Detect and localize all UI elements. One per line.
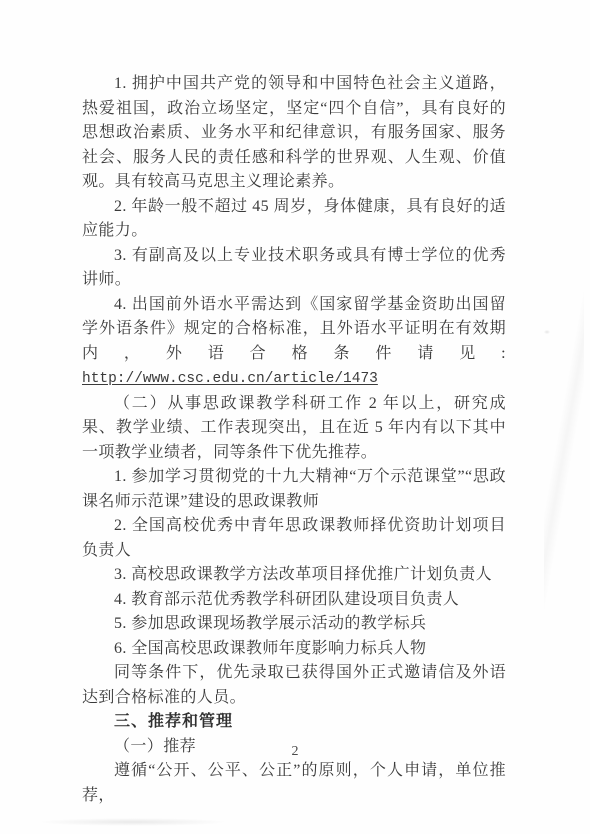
paragraph-recommend-text: 遵循“公开、公平、公正”的原则，个人申请，单位推荐， xyxy=(82,759,506,808)
condition-4-text: 4. 出国前外语水平需达到《国家留学基金资助出国留学外语条件》规定的合格标准，且… xyxy=(82,296,506,362)
paragraph-priority-note: 同等条件下，优先录取已获得国外正式邀请信及外语达到合格标准的人员。 xyxy=(82,661,506,710)
scan-artifact xyxy=(38,818,228,826)
achievement-item-4: 4. 教育部示范优秀教学科研团队建设项目负责人 xyxy=(82,588,506,613)
achievement-item-2: 2. 全国高校优秀中青年思政课教师择优资助计划项目负责人 xyxy=(82,514,506,563)
achievement-item-5: 5. 参加思政课现场教学展示活动的教学标兵 xyxy=(82,612,506,637)
scan-artifact xyxy=(544,330,550,334)
document-page: 1. 拥护中国共产党的领导和中国特色社会主义道路，热爱祖国，政治立场坚定，坚定“… xyxy=(0,0,590,834)
achievement-item-3: 3. 高校思政课教学方法改革项目择优推广计划负责人 xyxy=(82,563,506,588)
paragraph-condition-3: 3. 有副高及以上专业技术职务或具有博士学位的优秀讲师。 xyxy=(82,244,506,293)
document-content: 1. 拥护中国共产党的领导和中国特色社会主义道路，热爱祖国，政治立场坚定，坚定“… xyxy=(82,72,506,808)
paragraph-condition-1: 1. 拥护中国共产党的领导和中国特色社会主义道路，热爱祖国，政治立场坚定，坚定“… xyxy=(82,72,506,195)
section-3-heading: 三、推荐和管理 xyxy=(82,710,506,735)
scan-artifact xyxy=(544,240,584,660)
achievement-item-1: 1. 参加学习贯彻党的十九大精神“万个示范课堂”“思政课名师示范课”建设的思政课… xyxy=(82,465,506,514)
page-number: 2 xyxy=(0,744,590,760)
paragraph-condition-2: 2. 年龄一般不超过 45 周岁，身体健康，具有良好的适应能力。 xyxy=(82,195,506,244)
paragraph-sub2-intro: （二）从事思政课教学科研工作 2 年以上，研究成果、教学业绩、工作表现突出，且在… xyxy=(82,392,506,466)
paragraph-condition-4: 4. 出国前外语水平需达到《国家留学基金资助出国留学外语条件》规定的合格标准，且… xyxy=(82,293,506,392)
achievement-item-6: 6. 全国高校思政课教师年度影响力标兵人物 xyxy=(82,637,506,662)
csc-article-link[interactable]: http://www.csc.edu.cn/article/1473 xyxy=(82,371,378,387)
